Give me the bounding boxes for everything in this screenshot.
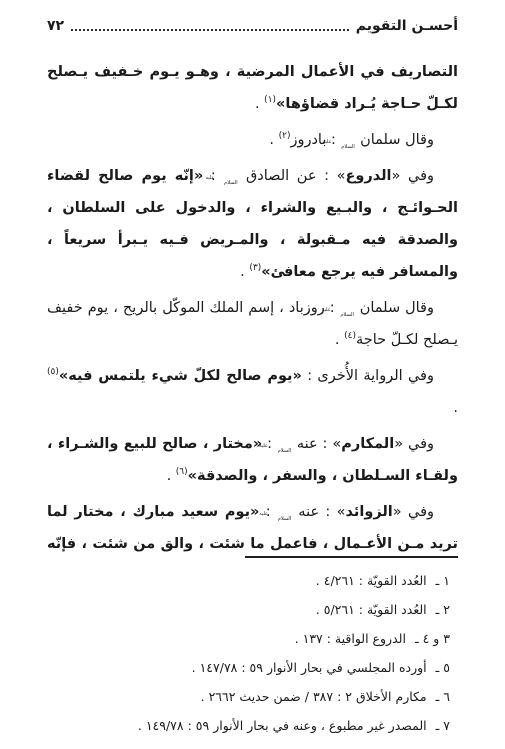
footnote-number: ٧ ـ: [436, 711, 450, 740]
text-run: .: [255, 96, 264, 112]
paragraph: وقال سلمان عليه السلام : روزباد ، إسم ال…: [47, 292, 458, 356]
footnote-marker: (٢): [279, 131, 291, 141]
paragraph: وفي «المكارم» : عنه عليه السلام : «مختار…: [47, 428, 458, 492]
text-run: وفي «: [392, 168, 435, 184]
honorific-seal: عليه السلام: [340, 140, 355, 150]
footnote-area: ١ ـالعُدد القويّة : ٤/٢٦١ .٢ ـالعُدد الق…: [47, 556, 458, 740]
text-run: » : عنه: [292, 436, 341, 452]
honorific-seal: عليه السلام: [223, 176, 238, 186]
footnote-separator-rule: [245, 556, 458, 558]
footnote-number: ٣ و ٤ ـ: [415, 624, 450, 653]
footnote-text: المصدر غير مطبوع ، وعنه في بحار الأنوار …: [138, 718, 427, 733]
paragraph: وقال سلمان عليه السلام : بادروز(٢) .: [47, 124, 458, 156]
footnote: ٦ ـمكارم الأخلاق ٢ : ٣٨٧ / ضمن حديث ٢٦٦٢…: [47, 682, 458, 711]
footnote-marker: (٤): [344, 331, 356, 341]
footnote-text: الدروع الواقية : ١٣٧ .: [295, 631, 406, 646]
footnote-number: ١ ـ: [436, 566, 450, 595]
footnote: ٧ ـالمصدر غير مطبوع ، وعنه في بحار الأنو…: [47, 711, 458, 740]
footnote: ٢ ـالعُدد القويّة : ٥/٢٦١ .: [47, 595, 458, 624]
footnote-text: أورده المجلسي في بحار الأنوار ٥٩ : ١٤٧/٧…: [192, 660, 427, 675]
footnote-number: ٢ ـ: [436, 595, 450, 624]
footnotes-list: ١ ـالعُدد القويّة : ٤/٢٦١ .٢ ـالعُدد الق…: [47, 566, 458, 740]
paragraph: وفي «الدروع» : عن الصادق عليه السلام : «…: [47, 160, 458, 288]
text-run: التصاريف في الأعمال المرضية ، وهـو يـوم …: [47, 64, 458, 112]
footnote: ١ ـالعُدد القويّة : ٤/٢٦١ .: [47, 566, 458, 595]
text-run: وفي «: [394, 436, 434, 452]
footnote: ٣ و ٤ ـالدروع الواقية : ١٣٧ .: [47, 624, 458, 653]
text-run: وقال سلمان: [355, 132, 434, 148]
text-run: الدروع: [345, 168, 391, 184]
paragraph: وفي «الزوائد» : عنه عليه السلام : «يوم س…: [47, 496, 458, 558]
text-run: وقال سلمان: [355, 300, 434, 316]
text-run: » : عنه: [292, 504, 346, 520]
body-paragraphs: التصاريف في الأعمال المرضية ، وهـو يـوم …: [47, 56, 458, 558]
text-run: الزوائد: [346, 504, 393, 520]
paragraph: التصاريف في الأعمال المرضية ، وهـو يـوم …: [47, 56, 458, 120]
text-run: .: [269, 132, 278, 148]
dot-leader: [71, 17, 349, 31]
running-head: أحسـن التقويم ٧٢: [47, 16, 458, 36]
text-run: .: [167, 468, 176, 484]
footnote-text: العُدد القويّة : ٤/٢٦١ .: [316, 573, 427, 588]
footnote-text: مكارم الأخلاق ٢ : ٣٨٧ / ضمن حديث ٢٦٦٢ .: [201, 689, 427, 704]
text-run: .: [453, 400, 458, 416]
footnote-number: ٦ ـ: [436, 682, 450, 711]
honorific-seal: عليه السلام: [277, 444, 292, 454]
text-run: .: [240, 264, 249, 280]
text-run: المكارم: [341, 436, 394, 452]
honorific-seal: عليه السلام: [277, 512, 292, 522]
text-run: وفي «: [393, 504, 434, 520]
text-run: «يوم صالح لكلّ شيء يلتمس فيه»: [59, 368, 302, 384]
footnote-marker: (٦): [176, 467, 188, 477]
text-run: » : عن الصادق: [238, 168, 345, 184]
paragraph: وفي الرواية الأُخرى : «يوم صالح لكلّ شيء…: [47, 360, 458, 424]
footnote-number: ٥ ـ: [436, 653, 450, 682]
text-run: : بادروز: [290, 132, 340, 148]
book-title: أحسـن التقويم: [356, 16, 458, 36]
text-run: وفي الرواية الأُخرى :: [302, 368, 434, 384]
page-number: ٧٢: [47, 16, 64, 36]
footnote-marker: (١): [264, 95, 276, 105]
footnote-text: العُدد القويّة : ٥/٢٦١ .: [316, 602, 427, 617]
book-page: أحسـن التقويم ٧٢ التصاريف في الأعمال الم…: [0, 0, 505, 749]
footnote-marker: (٣): [249, 263, 261, 273]
footnote-marker: (٥): [47, 367, 59, 377]
footnote: ٥ ـأورده المجلسي في بحار الأنوار ٥٩ : ١٤…: [47, 653, 458, 682]
honorific-seal: عليه السلام: [340, 308, 355, 318]
text-run: .: [335, 332, 344, 348]
